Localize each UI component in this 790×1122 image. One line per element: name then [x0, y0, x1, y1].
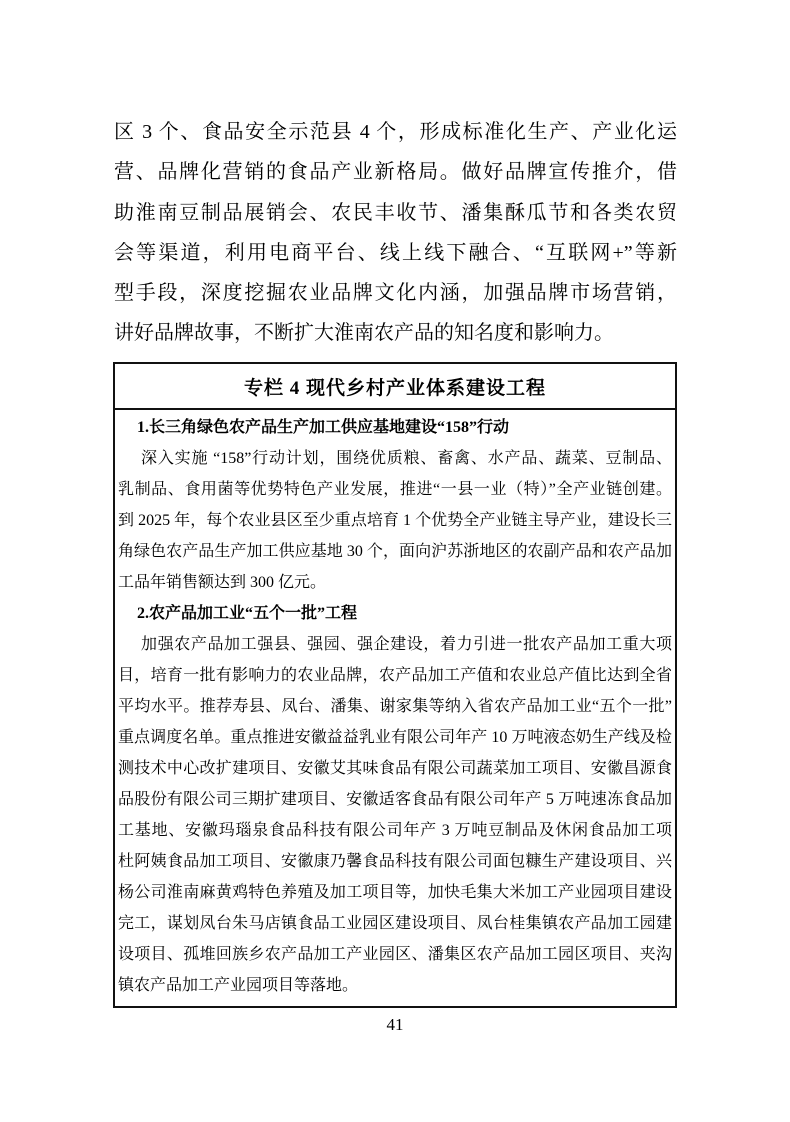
section-2-heading: 2.农产品加工业“五个一批”工程 — [118, 598, 672, 629]
section-1-line: 工品年销售额达到 300 亿元。 — [118, 567, 672, 598]
section-2-line: 工基地、安徽玛瑙泉食品科技有限公司年产 3 万吨豆制品及休闲食品加工项目、 — [118, 815, 672, 846]
section-1-line: 乳制品、食用菌等优势特色产业发展，推进“一县一业（特）”全产业链创建。 — [118, 474, 672, 505]
section-2-line: 重点调度名单。重点推进安徽益益乳业有限公司年产 10 万吨液态奶生产线及检 — [118, 722, 672, 753]
feature-box-body: 1.长三角绿色农产品生产加工供应基地建设“158”行动 深入实施 “158”行动… — [115, 410, 675, 1001]
section-1-line: 深入实施 “158”行动计划，围绕优质粮、畜禽、水产品、蔬菜、豆制品、 — [118, 443, 672, 474]
section-2-line: 设项目、孤堆回族乡农产品加工产业园区、潘集区农产品加工园区项目、夹沟 — [118, 939, 672, 970]
feature-box-title: 专栏 4 现代乡村产业体系建设工程 — [115, 364, 675, 410]
body-line: 型手段，深度挖掘农业品牌文化内涵，加强品牌市场营销， — [114, 273, 677, 313]
body-line: 讲好品牌故事，不断扩大淮南农产品的知名度和影响力。 — [114, 313, 677, 353]
section-2-line: 完工，谋划凤台朱马店镇食品工业园区建设项目、凤台桂集镇农产品加工园建 — [118, 908, 672, 939]
section-2-line: 目，培育一批有影响力的农业品牌，农产品加工产值和农业总产值比达到全省 — [118, 660, 672, 691]
body-line: 区 3 个、食品安全示范县 4 个，形成标准化生产、产业化运 — [114, 112, 677, 152]
body-paragraph: 区 3 个、食品安全示范县 4 个，形成标准化生产、产业化运 营、品牌化营销的食… — [114, 112, 677, 354]
section-2-line: 测技术中心改扩建项目、安徽艾其味食品有限公司蔬菜加工项目、安徽昌源食 — [118, 753, 672, 784]
body-line: 会等渠道，利用电商平台、线上线下融合、“互联网+”等新 — [114, 233, 677, 273]
section-2-line: 镇农产品加工产业园项目等落地。 — [118, 970, 672, 1001]
body-line: 助淮南豆制品展销会、农民丰收节、潘集酥瓜节和各类农贸 — [114, 193, 677, 233]
section-1-line: 角绿色农产品生产加工供应基地 30 个，面向沪苏浙地区的农副产品和农产品加 — [118, 536, 672, 567]
feature-box: 专栏 4 现代乡村产业体系建设工程 1.长三角绿色农产品生产加工供应基地建设“1… — [113, 362, 677, 1008]
section-1-line: 到 2025 年，每个农业县区至少重点培育 1 个优势全产业链主导产业，建设长三 — [118, 505, 672, 536]
section-2-line: 品股份有限公司三期扩建项目、安徽适客食品有限公司年产 5 万吨速冻食品加 — [118, 784, 672, 815]
section-2-line: 杜阿姨食品加工项目、安徽康乃馨食品科技有限公司面包糠生产建设项目、兴 — [118, 846, 672, 877]
page-number: 41 — [113, 1014, 677, 1036]
section-2-line: 平均水平。推荐寿县、凤台、潘集、谢家集等纳入省农产品加工业“五个一批” — [118, 691, 672, 722]
body-line: 营、品牌化营销的食品产业新格局。做好品牌宣传推介，借 — [114, 152, 677, 192]
section-2-line: 杨公司淮南麻黄鸡特色养殖及加工项目等，加快毛集大米加工产业园项目建设 — [118, 877, 672, 908]
document-page: 区 3 个、食品安全示范县 4 个，形成标准化生产、产业化运 营、品牌化营销的食… — [0, 0, 790, 1122]
section-2-line: 加强农产品加工强县、强园、强企建设，着力引进一批农产品加工重大项 — [118, 629, 672, 660]
section-1-heading: 1.长三角绿色农产品生产加工供应基地建设“158”行动 — [118, 412, 672, 443]
